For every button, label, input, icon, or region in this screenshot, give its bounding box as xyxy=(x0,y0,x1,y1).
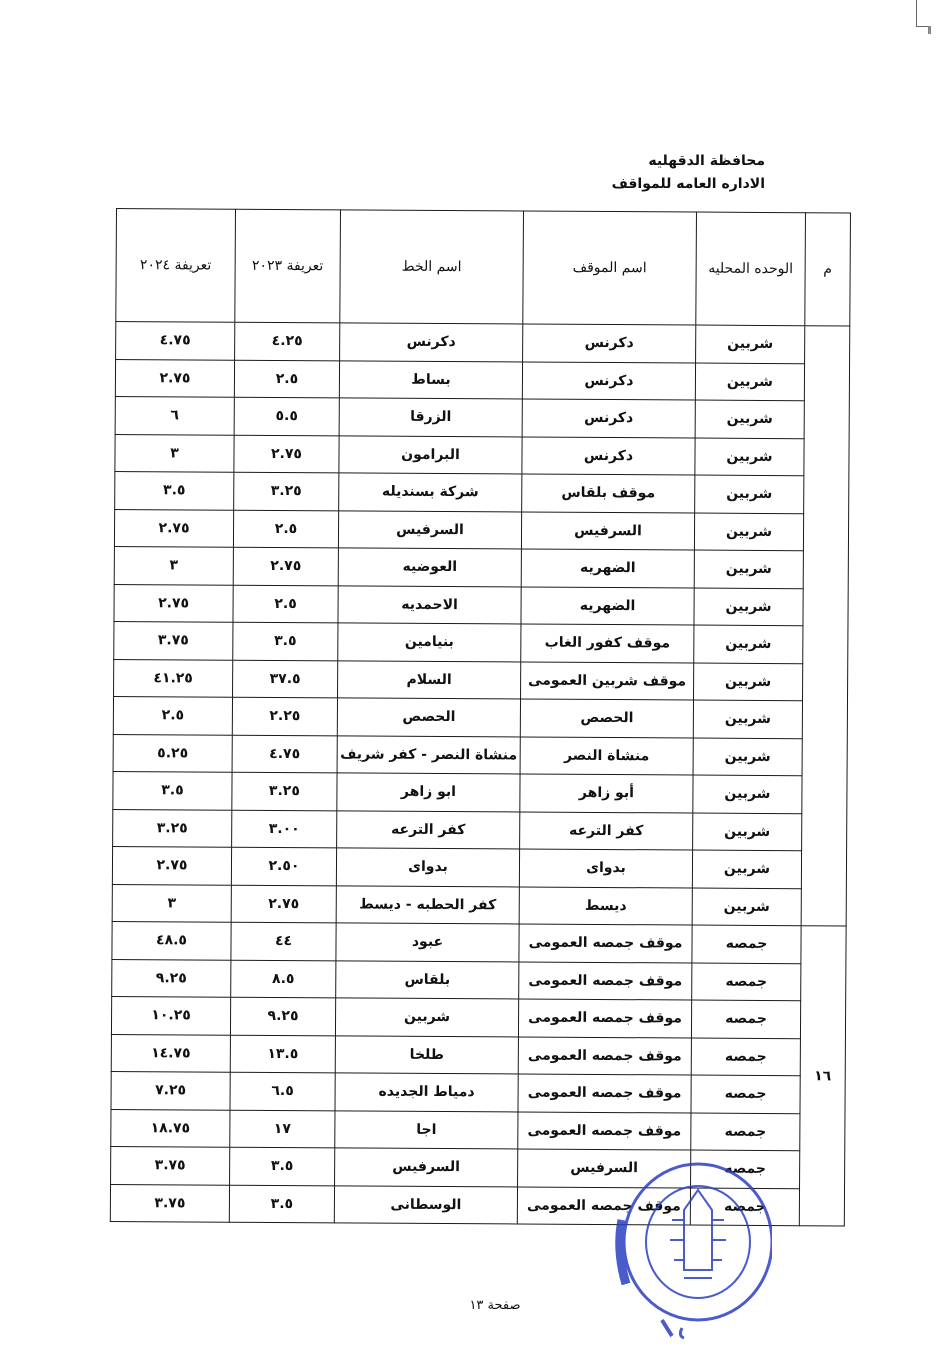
tariff-2023-cell: ٩.٢٥ xyxy=(230,997,335,1035)
tariff-2024-cell: ٤٨.٥ xyxy=(112,921,231,959)
line-name-cell: كفر الحطبه - ديسط xyxy=(336,885,519,924)
table-row: شربينبدواىبدواى٢.٥٠٢.٧٥ xyxy=(112,846,846,888)
col-header-tariff-2023: تعريفة ٢٠٢٣ xyxy=(235,209,341,323)
table-row: شربينمنشاة النصرمنشاة النصر - كفر شريف٤.… xyxy=(113,734,847,776)
tariff-2024-cell: ٣ xyxy=(112,884,231,922)
stand-name-cell: موقف شربين العمومى xyxy=(521,661,694,700)
local-unit-cell: شربين xyxy=(695,363,804,401)
local-unit-cell: شربين xyxy=(695,400,804,438)
tariff-2024-cell: ٤.٧٥ xyxy=(116,322,235,360)
stand-name-cell: دكرنس xyxy=(522,361,695,400)
tariff-2024-cell: ٣ xyxy=(115,434,234,472)
stand-name-cell: موقف كفور الغاب xyxy=(521,624,694,663)
stand-name-cell: موقف جمصه العمومى xyxy=(519,961,692,1000)
tariff-2024-cell: ٣.٥ xyxy=(113,771,232,809)
tariff-2023-cell: ٢.٧٥ xyxy=(234,435,339,473)
col-header-line-name: اسم الخط xyxy=(340,210,524,324)
local-unit-cell: جمصه xyxy=(691,1150,800,1188)
tariff-2024-cell: ٣.٧٥ xyxy=(110,1184,229,1222)
tariff-2024-cell: ٢.٧٥ xyxy=(112,846,231,884)
tariff-2023-cell: ٣.٥ xyxy=(230,1147,335,1185)
stand-name-cell: منشاة النصر xyxy=(520,736,693,775)
tariff-2023-cell: ٤.٢٥ xyxy=(235,322,340,360)
page-number: صفحة ١٣ xyxy=(440,1298,550,1313)
local-unit-cell: شربين xyxy=(693,738,802,776)
table-row: شربينموقف كفور الغاببنيامين٣.٥٣.٧٥ xyxy=(114,621,848,663)
department-title: الاداره العامه للمواقف xyxy=(560,173,765,196)
stand-name-cell: الحصص xyxy=(520,699,693,738)
tariff-2024-cell: ٣.٧٥ xyxy=(111,1146,230,1184)
line-name-cell: العوضيه xyxy=(338,548,521,587)
local-unit-cell: جمصه xyxy=(691,1000,800,1038)
local-unit-cell: جمصه xyxy=(691,1038,800,1076)
tariff-2023-cell: ٣.٠٠ xyxy=(232,810,337,848)
tariff-2023-cell: ٢.٧٥ xyxy=(233,547,338,585)
tariff-2024-cell: ٢.٥ xyxy=(113,696,232,734)
tariff-2024-cell: ٤١.٢٥ xyxy=(114,659,233,697)
index-cell: ١٦ xyxy=(799,926,846,1226)
local-unit-cell: شربين xyxy=(693,775,802,813)
tariff-2023-cell: ٢.٥ xyxy=(233,585,338,623)
line-name-cell: شربين xyxy=(335,998,518,1037)
line-name-cell: الحصص xyxy=(337,698,520,737)
stand-name-cell: موقف بلقاس xyxy=(522,474,695,513)
table-row: شربينديسطكفر الحطبه - ديسط٢.٧٥٣ xyxy=(112,884,846,926)
table-row: ١٦جمصهموقف جمصه العمومىعبود٤٤٤٨.٥ xyxy=(112,921,846,963)
line-name-cell: السرفيس xyxy=(335,1148,518,1187)
local-unit-cell: شربين xyxy=(694,663,803,701)
index-cell xyxy=(801,326,850,926)
tariff-2024-cell: ٦ xyxy=(115,396,234,434)
local-unit-cell: جمصه xyxy=(691,1113,800,1151)
table-row: جمصهالسرفيسالسرفيس٣.٥٣.٧٥ xyxy=(111,1146,845,1188)
line-name-cell: دمياط الجديده xyxy=(335,1073,518,1112)
line-name-cell: الوسطانى xyxy=(334,1185,517,1224)
table-row: شربيندكرنسدكرنس٤.٢٥٤.٧٥ xyxy=(116,322,850,364)
stand-name-cell: ديسط xyxy=(519,886,692,925)
tariff-2024-cell: ٣ xyxy=(114,546,233,584)
local-unit-cell: جمصه xyxy=(692,963,801,1001)
tariff-2024-cell: ٩.٢٥ xyxy=(112,959,231,997)
table-row: شربينالضهريهالعوضيه٢.٧٥٣ xyxy=(114,546,848,588)
table-row: جمصهموقف جمصه العمومىالوسطانى٣.٥٣.٧٥ xyxy=(110,1184,844,1226)
tariff-2023-cell: ٣.٥ xyxy=(229,1185,334,1223)
local-unit-cell: جمصه xyxy=(692,925,801,963)
line-name-cell: بنيامين xyxy=(338,623,521,662)
tariffs-table: م الوحده المحليه اسم الموقف اسم الخط تعر… xyxy=(110,208,851,1226)
local-unit-cell: شربين xyxy=(694,513,803,551)
tariff-2024-cell: ٥.٢٥ xyxy=(113,734,232,772)
local-unit-cell: شربين xyxy=(695,438,804,476)
document-header: محافظة الدقهليه الاداره العامه للمواقف xyxy=(560,150,765,196)
stand-name-cell: موقف جمصه العمومى xyxy=(518,999,691,1038)
line-name-cell: ابو زاهر xyxy=(337,773,520,812)
tariff-2023-cell: ١٣.٥ xyxy=(230,1035,335,1073)
table-row: جمصهموقف جمصه العمومىدمياط الجديده٦.٥٧.٢… xyxy=(111,1071,845,1113)
tariff-2023-cell: ١٧ xyxy=(230,1110,335,1148)
table-header-row: م الوحده المحليه اسم الموقف اسم الخط تعر… xyxy=(116,209,851,326)
col-header-tariff-2024: تعريفة ٢٠٢٤ xyxy=(116,209,236,323)
scan-corner-mark-tick xyxy=(928,26,931,34)
tariff-2024-cell: ٣.٧٥ xyxy=(114,621,233,659)
tariff-2023-cell: ٣.٢٥ xyxy=(234,472,339,510)
local-unit-cell: شربين xyxy=(694,625,803,663)
local-unit-cell: جمصه xyxy=(690,1188,799,1226)
tariff-2024-cell: ١٨.٧٥ xyxy=(111,1109,230,1147)
table-row: شربيندكرنسالزرقا٥.٥٦ xyxy=(115,396,849,438)
stand-name-cell: دكرنس xyxy=(523,324,696,363)
stand-name-cell: موقف جمصه العمومى xyxy=(517,1186,690,1225)
tariff-2023-cell: ٤٤ xyxy=(231,922,336,960)
table-row: شربيندكرنسالبرامون٢.٧٥٣ xyxy=(115,434,849,476)
line-name-cell: عبود xyxy=(336,923,519,962)
line-name-cell: البرامون xyxy=(339,435,522,474)
stand-name-cell: موقف جمصه العمومى xyxy=(518,1111,691,1150)
stand-name-cell: دكرنس xyxy=(522,399,695,438)
stand-name-cell: السرفيس xyxy=(521,511,694,550)
line-name-cell: كفر الترعه xyxy=(337,810,520,849)
table-row: شربينموقف بلقاسشركة بسنديله٣.٢٥٣.٥ xyxy=(115,471,849,513)
local-unit-cell: شربين xyxy=(692,888,801,926)
local-unit-cell: شربين xyxy=(696,325,805,363)
table-row: شربينأبو زاهرابو زاهر٣.٢٥٣.٥ xyxy=(113,771,847,813)
stand-name-cell: أبو زاهر xyxy=(520,774,693,813)
line-name-cell: بساط xyxy=(339,360,522,399)
tariff-2024-cell: ٧.٢٥ xyxy=(111,1071,230,1109)
tariff-2023-cell: ٣٧.٥ xyxy=(233,660,338,698)
line-name-cell: بلقاس xyxy=(336,960,519,999)
stand-name-cell: بدواى xyxy=(519,849,692,888)
stand-name-cell: السرفيس xyxy=(518,1149,691,1188)
tariff-2023-cell: ٢.٥ xyxy=(233,510,338,548)
table-row: جمصهموقف جمصه العمومىشربين٩.٢٥١٠.٢٥ xyxy=(111,996,845,1038)
governorate-title: محافظة الدقهليه xyxy=(560,150,765,173)
col-header-local-unit: الوحده المحليه xyxy=(696,212,806,326)
line-name-cell: السرفيس xyxy=(338,510,521,549)
stand-name-cell: موقف جمصه العمومى xyxy=(519,924,692,963)
tariff-2023-cell: ٢.٥٠ xyxy=(231,847,336,885)
table-row: شربينكفر الترعهكفر الترعه٣.٠٠٣.٢٥ xyxy=(113,809,847,851)
table-row: شربينالضهريهالاحمديه٢.٥٢.٧٥ xyxy=(114,584,848,626)
table-row: جمصهموقف جمصه العمومىبلقاس٨.٥٩.٢٥ xyxy=(112,959,846,1001)
line-name-cell: طلخا xyxy=(335,1035,518,1074)
tariff-2023-cell: ٥.٥ xyxy=(234,397,339,435)
stand-name-cell: موقف جمصه العمومى xyxy=(518,1074,691,1113)
line-name-cell: دكرنس xyxy=(340,323,523,362)
table-row: جمصهموقف جمصه العمومىاجا١٧١٨.٧٥ xyxy=(111,1109,845,1151)
tariff-2023-cell: ٦.٥ xyxy=(230,1072,335,1110)
table-row: شربينموقف شربين العمومىالسلام٣٧.٥٤١.٢٥ xyxy=(114,659,848,701)
stand-name-cell: الضهريه xyxy=(521,586,694,625)
local-unit-cell: شربين xyxy=(694,588,803,626)
line-name-cell: شركة بسنديله xyxy=(339,473,522,512)
table-row: شربيندكرنسبساط٢.٥٢.٧٥ xyxy=(115,359,849,401)
line-name-cell: بدواى xyxy=(336,848,519,887)
stand-name-cell: الضهريه xyxy=(521,549,694,588)
line-name-cell: الاحمديه xyxy=(338,585,521,624)
table-row: شربينالسرفيسالسرفيس٢.٥٢.٧٥ xyxy=(114,509,848,551)
tariff-2023-cell: ٤.٧٥ xyxy=(232,735,337,773)
col-header-index: م xyxy=(805,213,851,326)
line-name-cell: منشاة النصر - كفر شريف xyxy=(337,735,520,774)
local-unit-cell: شربين xyxy=(692,850,801,888)
col-header-stand-name: اسم الموقف xyxy=(523,211,697,325)
tariff-2023-cell: ٢.٢٥ xyxy=(232,697,337,735)
tariff-2024-cell: ٢.٧٥ xyxy=(115,359,234,397)
tariff-2024-cell: ٣.٢٥ xyxy=(113,809,232,847)
stand-name-cell: موقف جمصه العمومى xyxy=(518,1036,691,1075)
tariff-2024-cell: ٢.٧٥ xyxy=(114,509,233,547)
tariff-2023-cell: ٢.٧٥ xyxy=(231,885,336,923)
line-name-cell: اجا xyxy=(335,1110,518,1149)
local-unit-cell: شربين xyxy=(694,550,803,588)
table-row: شربينالحصصالحصص٢.٢٥٢.٥ xyxy=(113,696,847,738)
scan-corner-mark xyxy=(916,0,929,27)
tariff-2023-cell: ٨.٥ xyxy=(231,960,336,998)
tariff-2024-cell: ٢.٧٥ xyxy=(114,584,233,622)
tariff-2024-cell: ١٤.٧٥ xyxy=(111,1034,230,1072)
table-body: شربيندكرنسدكرنس٤.٢٥٤.٧٥شربيندكرنسبساط٢.٥… xyxy=(110,322,849,1226)
tariff-2023-cell: ٣.٢٥ xyxy=(232,772,337,810)
local-unit-cell: شربين xyxy=(695,475,804,513)
local-unit-cell: شربين xyxy=(693,700,802,738)
line-name-cell: السلام xyxy=(338,660,521,699)
tariff-2023-cell: ٢.٥ xyxy=(234,360,339,398)
local-unit-cell: جمصه xyxy=(691,1075,800,1113)
tariff-2023-cell: ٣.٥ xyxy=(233,622,338,660)
tariff-2024-cell: ٣.٥ xyxy=(115,471,234,509)
stand-name-cell: دكرنس xyxy=(522,436,695,475)
local-unit-cell: شربين xyxy=(693,813,802,851)
stand-name-cell: كفر الترعه xyxy=(520,811,693,850)
line-name-cell: الزرقا xyxy=(339,398,522,437)
tariff-2024-cell: ١٠.٢٥ xyxy=(111,996,230,1034)
table-row: جمصهموقف جمصه العمومىطلخا١٣.٥١٤.٧٥ xyxy=(111,1034,845,1076)
